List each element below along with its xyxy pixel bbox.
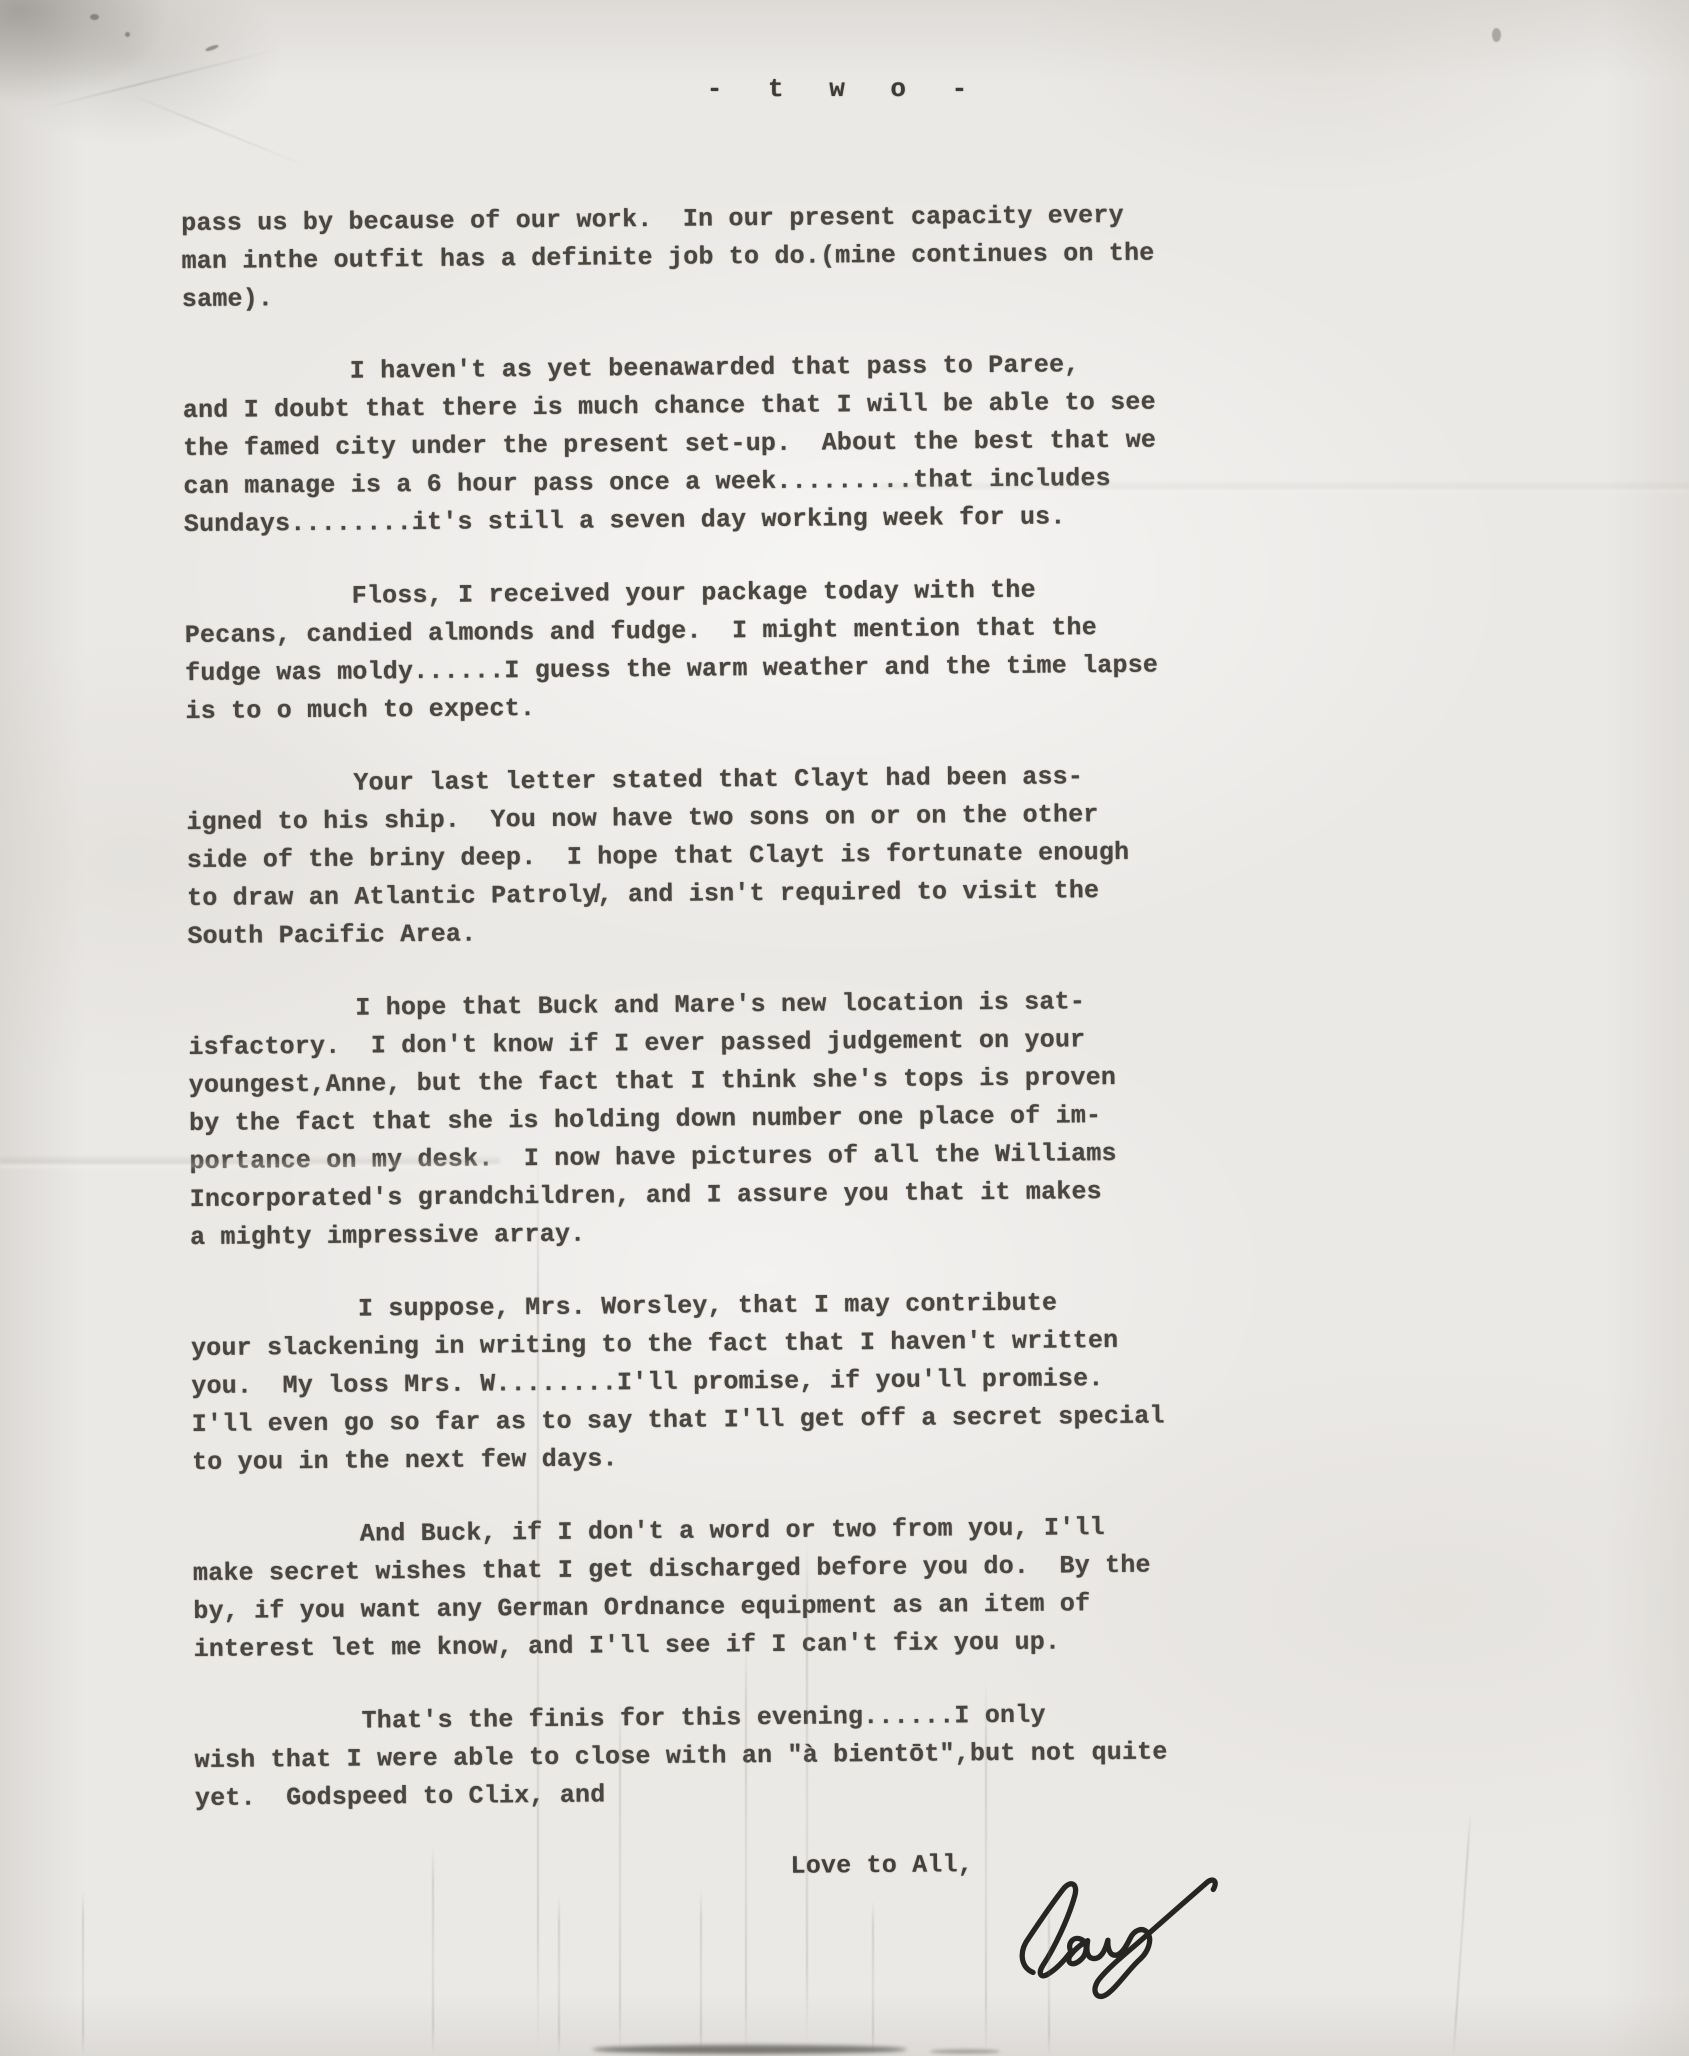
letter-paragraph-6: I suppose, Mrs. Worsley, that I may cont… [191,1283,1233,1482]
crease-line [127,93,313,170]
crease-line [82,1890,84,2056]
paper-speck [90,14,99,20]
crease-line [558,1895,560,2056]
letter-paragraph-1: pass us by because of our work. In our p… [181,196,1222,319]
crease-line [619,1698,621,2056]
crease-band [880,480,1689,494]
crease-line [700,1890,702,2056]
paper-speck [125,32,130,37]
paper-speck [1492,28,1501,42]
letter-paragraph-4: Your last letter stated that Clayt had b… [186,757,1228,956]
paper-speck [205,44,220,53]
crease-line [537,1140,539,2056]
crease-line [432,1845,434,2056]
scan-edge-mark [592,2045,907,2054]
crease-line [745,1635,747,2056]
letter-body: pass us by because of our work. In our p… [181,196,1236,1891]
crease-line [985,1680,987,2056]
letter-paragraph-5: I hope that Buck and Mare's new location… [188,982,1230,1257]
scanned-letter-page: - t w o - pass us by because of our work… [0,0,1689,2056]
crease-line [1048,1900,1050,2056]
letter-paragraph-2: I haven't as yet beenawarded that pass t… [182,345,1224,544]
crease-line [1452,1810,1471,2056]
scan-edge-mark [930,2049,1000,2054]
letter-paragraph-3: Floss, I received your package today wit… [184,570,1225,731]
letter-paragraph-7: And Buck, if I don't a word or two from … [192,1508,1233,1669]
letter-paragraph-8: That's the finis for this evening......I… [194,1695,1235,1818]
crease-band [0,1155,500,1169]
crease-line [806,1540,808,2040]
crease-line [872,1900,874,2056]
signature-handwriting [1007,1859,1267,2026]
page-number-header: - t w o - [0,74,1689,104]
